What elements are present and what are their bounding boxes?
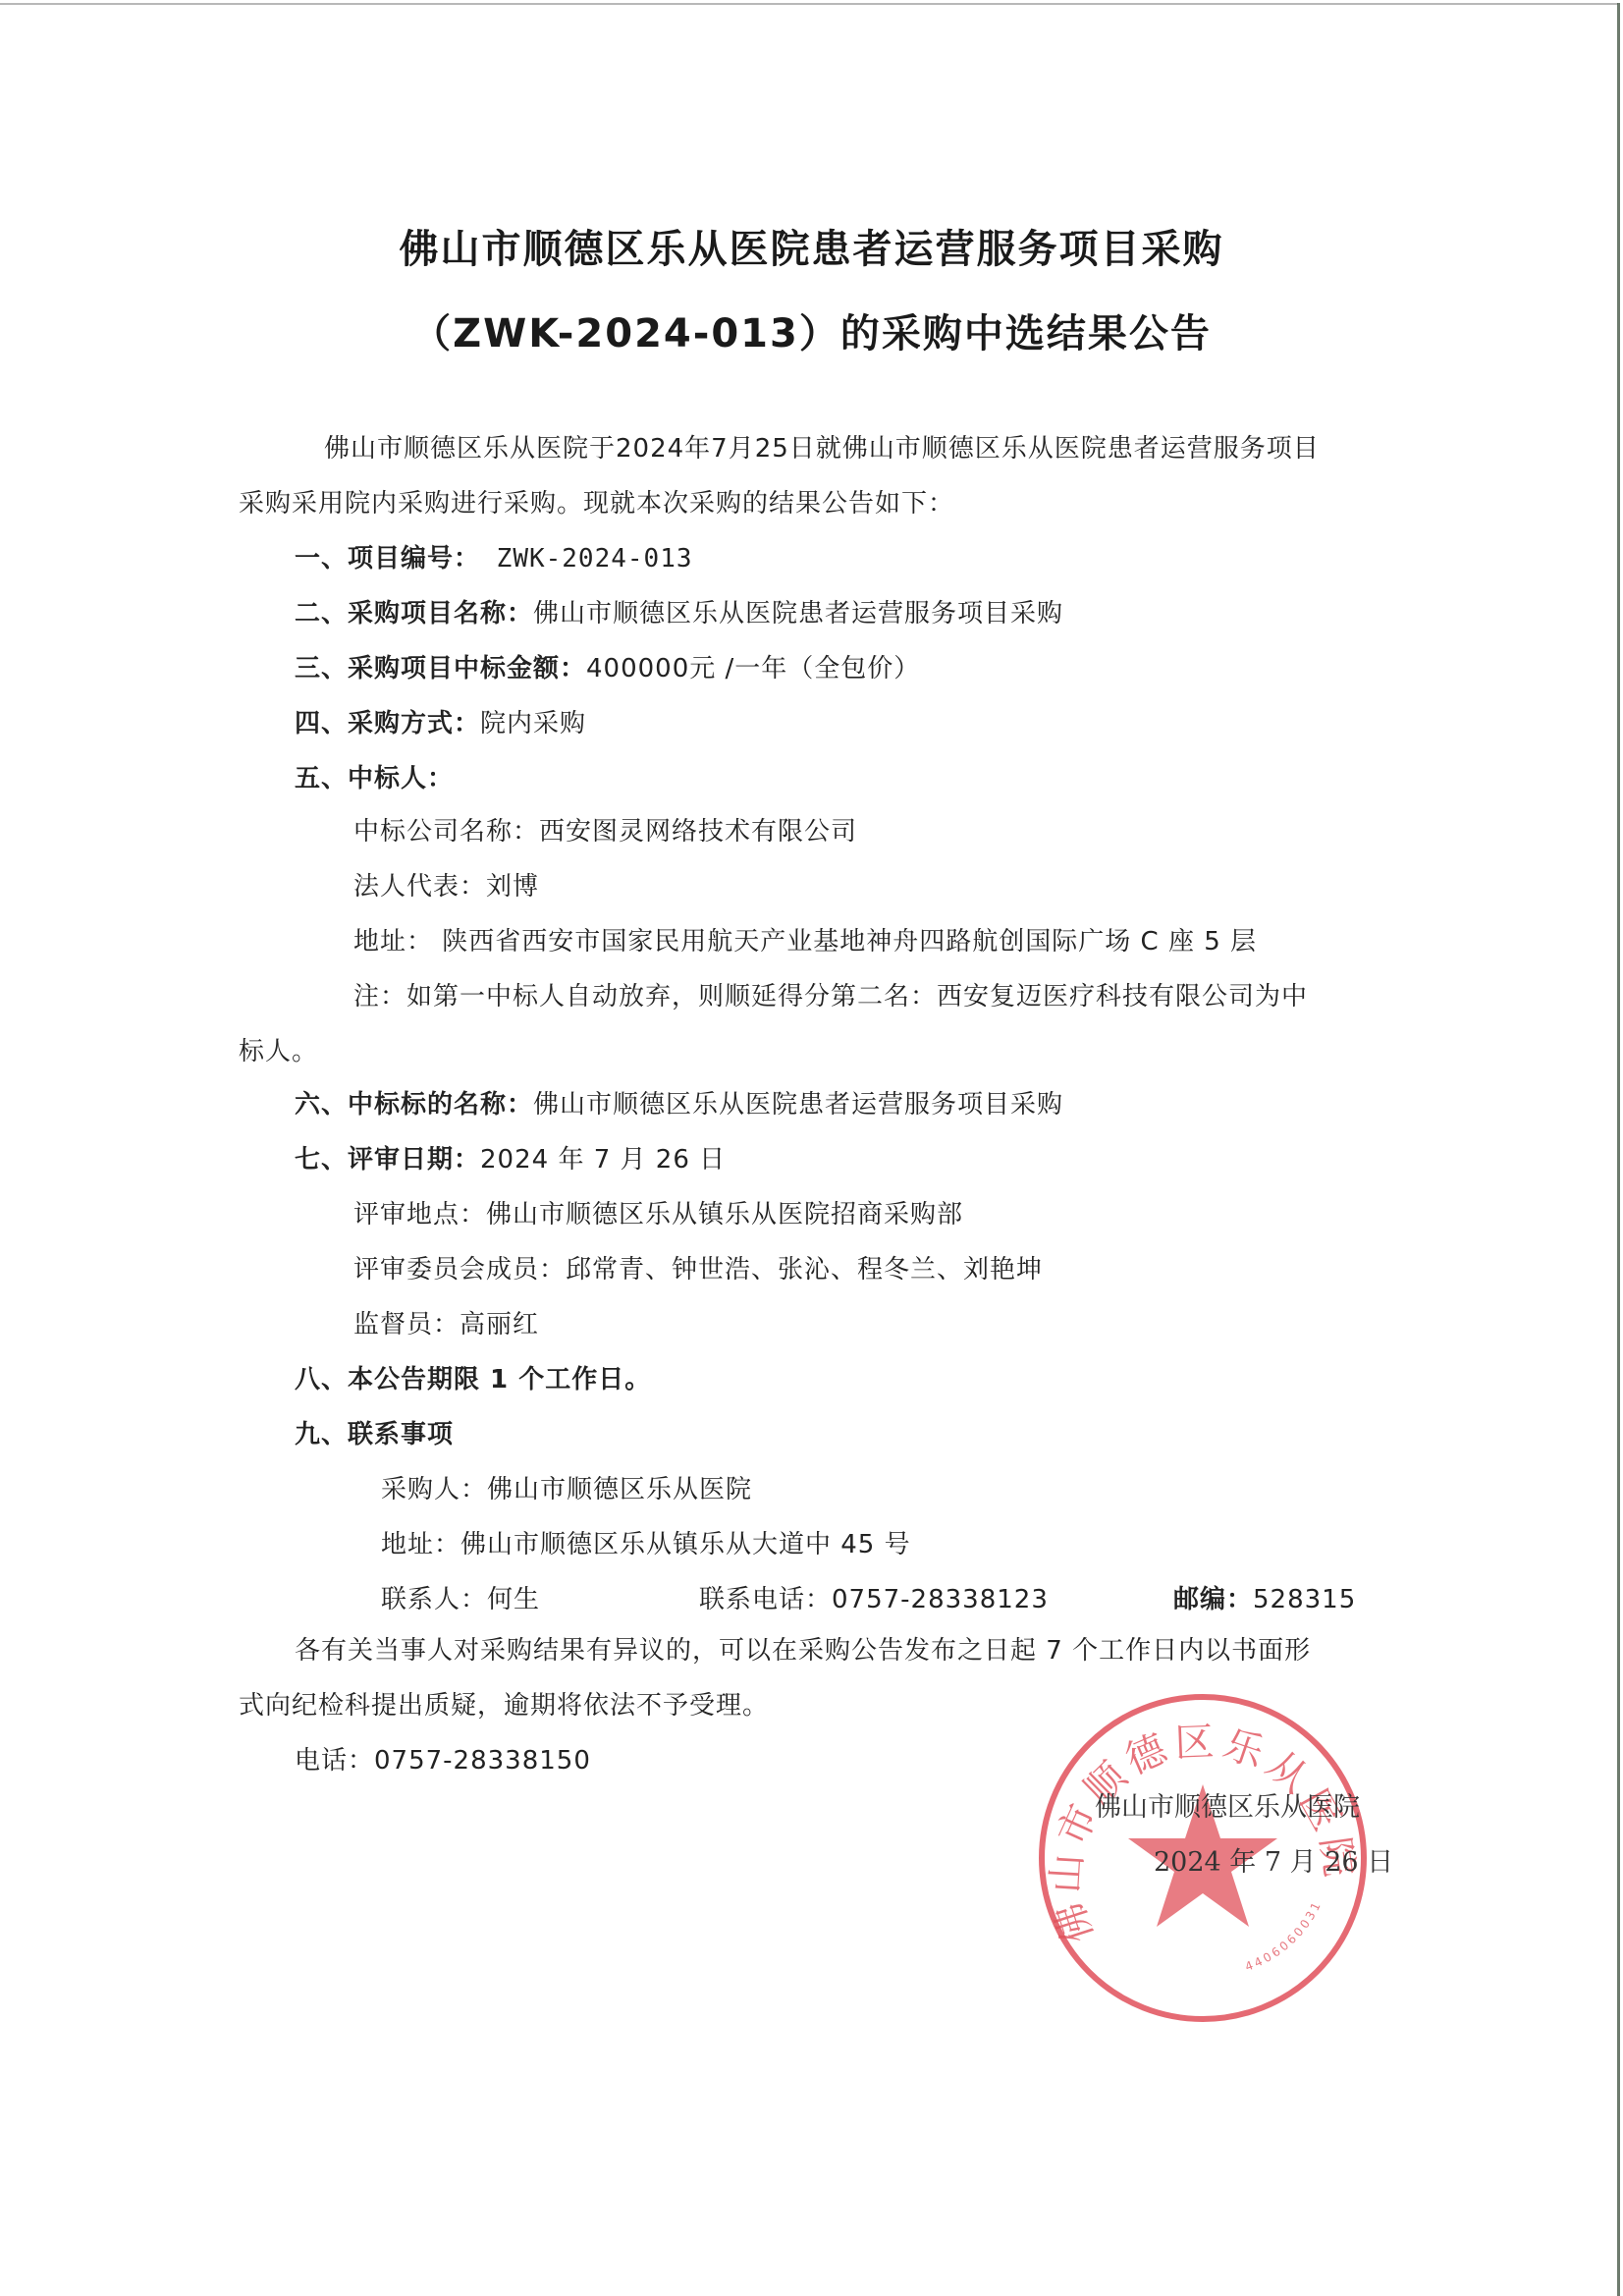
- postcode-label: 邮编：: [1173, 1585, 1253, 1614]
- complaint-phone: 电话：0757-28338150: [295, 1740, 591, 1777]
- section-project-name: 二、采购项目名称：佛山市顺德区乐从医院患者运营服务项目采购: [295, 593, 1063, 629]
- section-notice-period: 八、本公告期限 1 个工作日。: [295, 1359, 651, 1395]
- project-name-value: 佛山市顺德区乐从医院患者运营服务项目采购: [533, 599, 1063, 629]
- contact-person: 联系人：何生: [381, 1579, 540, 1615]
- seal-code-text: 4406060031: [1243, 1897, 1325, 1974]
- winner-company: 中标公司名称：西安图灵网络技术有限公司: [353, 811, 857, 847]
- winner-note-line1: 注：如第一中标人自动放弃，则顺延得分第二名：西安复迈医疗科技有限公司为中: [353, 976, 1308, 1012]
- review-location: 评审地点：佛山市顺德区乐从镇乐从医院招商采购部: [353, 1194, 963, 1230]
- review-supervisor: 监督员：高丽红: [353, 1304, 539, 1340]
- svg-text:4406060031: 4406060031: [1243, 1897, 1325, 1974]
- section-contact: 九、联系事项: [295, 1414, 454, 1450]
- contact-postcode: 邮编：528315: [1173, 1579, 1356, 1615]
- section-label: 六、中标标的名称：: [295, 1090, 533, 1120]
- contact-purchaser: 采购人：佛山市顺德区乐从医院: [381, 1469, 752, 1505]
- postcode-value: 528315: [1253, 1585, 1356, 1614]
- winner-legal-rep: 法人代表：刘博: [353, 866, 539, 902]
- contact-address: 地址：佛山市顺德区乐从镇乐从大道中 45 号: [381, 1524, 911, 1560]
- objection-line2: 式向纪检科提出质疑，逾期将依法不予受理。: [239, 1685, 769, 1722]
- section-project-number: 一、项目编号： ZWK-2024-013: [295, 538, 693, 574]
- section-award-amount: 三、采购项目中标金额：400000元 /一年（全包价）: [295, 648, 920, 684]
- objection-line1: 各有关当事人对采购结果有异议的，可以在采购公告发布之日起 7 个工作日内以书面形: [295, 1630, 1311, 1667]
- subject-name-value: 佛山市顺德区乐从医院患者运营服务项目采购: [533, 1090, 1063, 1120]
- review-date-value: 2024 年 7 月 26 日: [480, 1145, 726, 1175]
- section-label: 四、采购方式：: [295, 709, 480, 738]
- section-label: 七、评审日期：: [295, 1145, 480, 1175]
- section-subject-name: 六、中标标的名称：佛山市顺德区乐从医院患者运营服务项目采购: [295, 1084, 1063, 1121]
- document-title-line1: 佛山市顺德区乐从医院患者运营服务项目采购: [0, 218, 1623, 274]
- signature-org: 佛山市顺德区乐从医院: [1095, 1785, 1360, 1824]
- signature-date: 2024 年 7 月 26 日: [1154, 1840, 1393, 1879]
- award-amount-value: 400000元 /一年（全包价）: [586, 654, 920, 683]
- section-label: 三、采购项目中标金额：: [295, 654, 586, 683]
- section-procurement-method: 四、采购方式：院内采购: [295, 703, 586, 739]
- intro-paragraph-line2: 采购采用院内采购进行采购。现就本次采购的结果公告如下：: [239, 483, 954, 519]
- section-winner: 五、中标人：: [295, 758, 454, 794]
- section-label: 一、项目编号：: [295, 544, 480, 574]
- document-title-line2: （ZWK-2024-013）的采购中选结果公告: [0, 302, 1623, 358]
- section-review-date: 七、评审日期：2024 年 7 月 26 日: [295, 1139, 726, 1175]
- review-committee: 评审委员会成员：邱常青、钟世浩、张沁、程冬兰、刘艳坤: [353, 1249, 1043, 1285]
- procurement-method-value: 院内采购: [480, 709, 586, 738]
- winner-address: 地址： 陕西省西安市国家民用航天产业基地神舟四路航创国际广场 C 座 5 层: [353, 921, 1257, 957]
- contact-phone: 联系电话：0757-28338123: [699, 1579, 1049, 1615]
- page-border-top: [0, 3, 1618, 5]
- intro-paragraph-line1: 佛山市顺德区乐从医院于2024年7月25日就佛山市顺德区乐从医院患者运营服务项目: [324, 428, 1320, 465]
- winner-note-line2: 标人。: [239, 1031, 318, 1067]
- section-label: 二、采购项目名称：: [295, 599, 533, 629]
- project-number-value: ZWK-2024-013: [480, 544, 693, 574]
